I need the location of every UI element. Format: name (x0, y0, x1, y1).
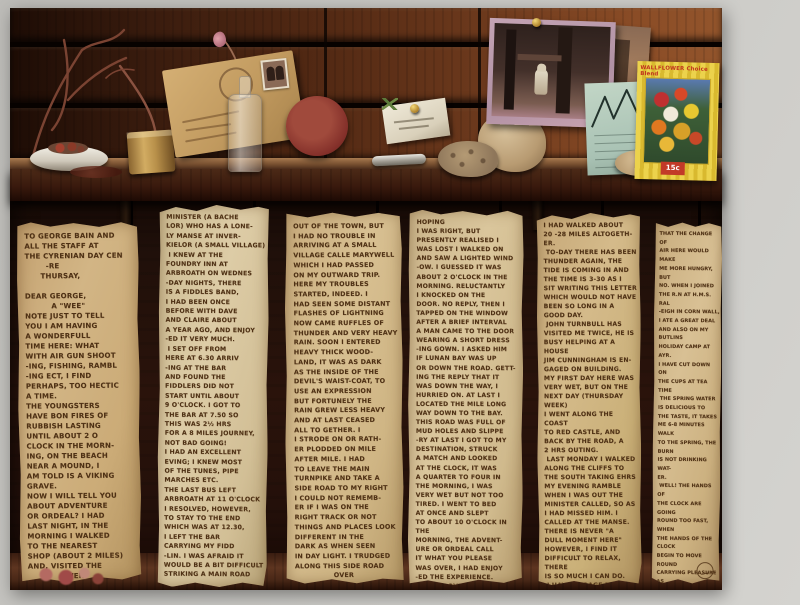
wallflower-picture (643, 77, 711, 165)
pumice-stone (438, 141, 498, 177)
dried-moss (70, 166, 122, 178)
pressed-flowers (30, 562, 110, 590)
signature-monogram (696, 562, 713, 579)
letter-text: THAT THE CHANGE OF AIR HERE WOULD MAKE M… (651, 222, 722, 585)
artwork-photo: WALLFLOWER Choice Blend 15c TO GEORGE BA… (0, 0, 800, 605)
push-pin (532, 18, 541, 27)
address-scribble (185, 123, 231, 131)
letter-text: TO GEORGE BAIN AND ALL THE STAFF AT THE … (16, 221, 142, 582)
letter-sheet-3: OUT OF THE TOWN, BUT I HAD NO TROUBLE IN… (284, 212, 404, 585)
letter-sheet-2: MINISTER (A BACHE LOR) WHO HAS A LONE- L… (157, 205, 270, 588)
photo-detail (517, 54, 561, 62)
push-pin (410, 104, 419, 113)
letter-text: OUT OF THE TOWN, BUT I HAD NO TROUBLE IN… (284, 212, 404, 585)
stamp-figure (266, 66, 275, 81)
letter-sheet-5: I HAD WALKED ABOUT 20 -28 MILES ALTOGETH… (536, 213, 641, 585)
photo-detail (556, 27, 573, 113)
letter-text: I HAD WALKED ABOUT 20 -28 MILES ALTOGETH… (536, 213, 641, 585)
seed-packet-price: 15c (661, 162, 685, 176)
letter-text: HOPING I WAS RIGHT, BUT PRESENTLY REALIS… (407, 210, 523, 585)
dried-berries (48, 142, 88, 154)
letter-sheet-4: HOPING I WAS RIGHT, BUT PRESENTLY REALIS… (407, 210, 523, 585)
cat-in-photo (534, 68, 548, 94)
letter-sheet-6: THAT THE CHANGE OF AIR HERE WOULD MAKE M… (651, 222, 722, 585)
card-text-line (394, 117, 434, 123)
stamp-figure (275, 65, 284, 80)
letter-text: MINISTER (A BACHE LOR) WHO HAS A LONE- L… (157, 205, 270, 588)
seed-packet: WALLFLOWER Choice Blend 15c (634, 61, 719, 181)
stamp-portrait (263, 60, 288, 88)
postage-stamp (260, 58, 289, 91)
letter-sheet-1: TO GEORGE BAIN AND ALL THE STAFF AT THE … (16, 221, 142, 582)
wood-assemblage: WALLFLOWER Choice Blend 15c TO GEORGE BA… (10, 8, 722, 590)
photo-detail (504, 29, 517, 109)
card-text-line (399, 125, 429, 130)
green-sprig (382, 98, 398, 110)
brass-tin (127, 129, 176, 174)
glass-bottle (228, 94, 262, 172)
red-scouring-pad (286, 96, 348, 156)
